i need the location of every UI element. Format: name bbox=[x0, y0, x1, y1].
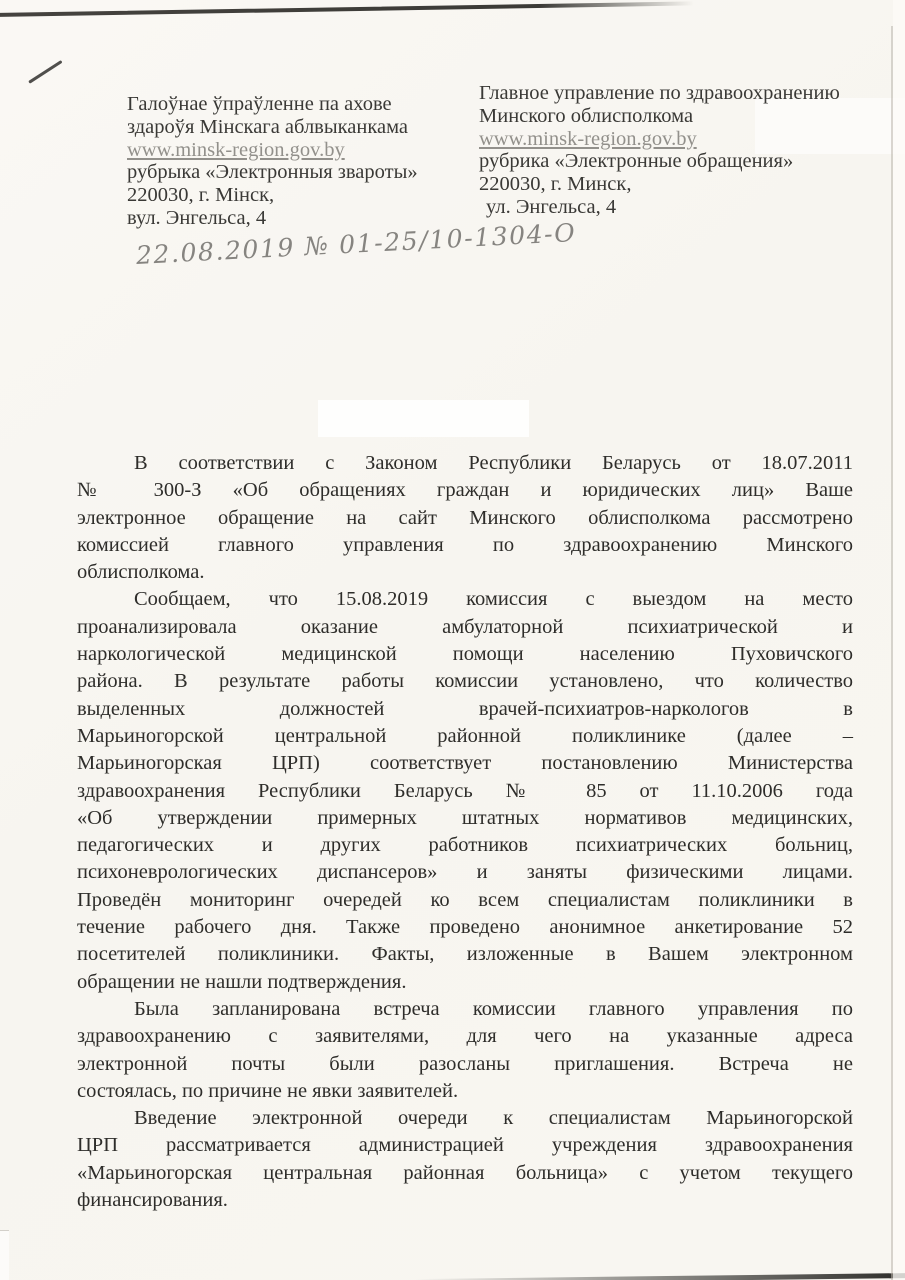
scanned-letter-page: Галоўнае ўпраўленне па ахове здароўя Мін… bbox=[0, 0, 905, 1280]
body-line: района. В результате работы комиссии уст… bbox=[77, 668, 853, 695]
website-link: www.minsk-region.gov.by bbox=[479, 128, 899, 151]
scan-edge-top bbox=[0, 1, 694, 17]
body-line: ЦРП рассматривается администрацией учреж… bbox=[77, 1132, 853, 1159]
scan-edge-bottom bbox=[415, 1273, 905, 1280]
body-line: здравоохранению с заявителями, для чего … bbox=[77, 1023, 853, 1050]
body-line: «Марьиногорская центральная районная бол… bbox=[77, 1160, 853, 1187]
org-name-line: Галоўнае ўпраўленне па ахове bbox=[127, 93, 477, 116]
body-line: комиссией главного управления по здравоо… bbox=[77, 532, 853, 559]
body-line: Проведён мониторинг очередей ко всем спе… bbox=[77, 887, 853, 914]
body-line: № 300-З «Об обращениях граждан и юридиче… bbox=[77, 477, 853, 504]
pen-slash-mark bbox=[28, 60, 62, 84]
website-link: www.minsk-region.gov.by bbox=[127, 139, 477, 162]
body-line: педагогических и других работников психи… bbox=[77, 832, 853, 859]
address-line: 220030, г. Минск, bbox=[479, 173, 899, 196]
body-line: здравоохранения Республики Беларусь № 85… bbox=[77, 778, 853, 805]
body-line: обращении не нашли подтверждения. bbox=[77, 969, 853, 996]
body-line: Была запланирована встреча комиссии глав… bbox=[77, 996, 853, 1023]
body-line: электронное обращение на сайт Минского о… bbox=[77, 505, 853, 532]
org-name-line: Главное управление по здравоохранению bbox=[479, 82, 899, 105]
body-line: выделенных должностей врачей-психиатров-… bbox=[77, 696, 853, 723]
body-line: «Об утверждении примерных штатных нормат… bbox=[77, 805, 853, 832]
body-line: состоялась, по причине не явки заявителе… bbox=[77, 1078, 853, 1105]
address-line: ул. Энгельса, 4 bbox=[479, 196, 899, 219]
body-line: психоневрологических диспансеров» и заня… bbox=[77, 859, 853, 886]
body-line: посетителей поликлиники. Факты, изложенн… bbox=[77, 941, 853, 968]
rubric-line: рубрика «Электронные обращения» bbox=[479, 150, 899, 173]
body-line: Сообщаем, что 15.08.2019 комиссия с выез… bbox=[77, 586, 853, 613]
body-line: облисполкома. bbox=[77, 559, 853, 586]
body-line: финансирования. bbox=[77, 1187, 853, 1214]
body-line: наркологической медицинской помощи насел… bbox=[77, 641, 853, 668]
body-line: Введение электронной очереди к специалис… bbox=[77, 1105, 853, 1132]
sender-block-belarusian: Галоўнае ўпраўленне па ахове здароўя Мін… bbox=[127, 93, 477, 230]
scan-margin-left bbox=[0, 1230, 9, 1280]
body-line: течение рабочего дня. Также проведено ан… bbox=[77, 914, 853, 941]
body-line: В соответствии с Законом Республики Бела… bbox=[77, 450, 853, 477]
org-name-line: Минского облисполкома bbox=[479, 105, 899, 128]
rubric-line: рубрыка «Электронныя звароты» bbox=[127, 161, 477, 184]
body-line: проанализировала оказание амбулаторной п… bbox=[77, 614, 853, 641]
org-name-line: здароўя Мінскага аблвыканкама bbox=[127, 116, 477, 139]
letter-body: В соответствии с Законом Республики Бела… bbox=[77, 450, 853, 1214]
redaction-box bbox=[318, 400, 529, 437]
body-line: Марьиногорская ЦРП) соответствует постан… bbox=[77, 750, 853, 777]
address-line: 220030, г. Мінск, bbox=[127, 184, 477, 207]
body-line: электронной почты были разосланы приглаш… bbox=[77, 1051, 853, 1078]
sender-block-russian: Главное управление по здравоохранению Ми… bbox=[479, 82, 899, 219]
body-line: Марьиногорской центральной районной поли… bbox=[77, 723, 853, 750]
